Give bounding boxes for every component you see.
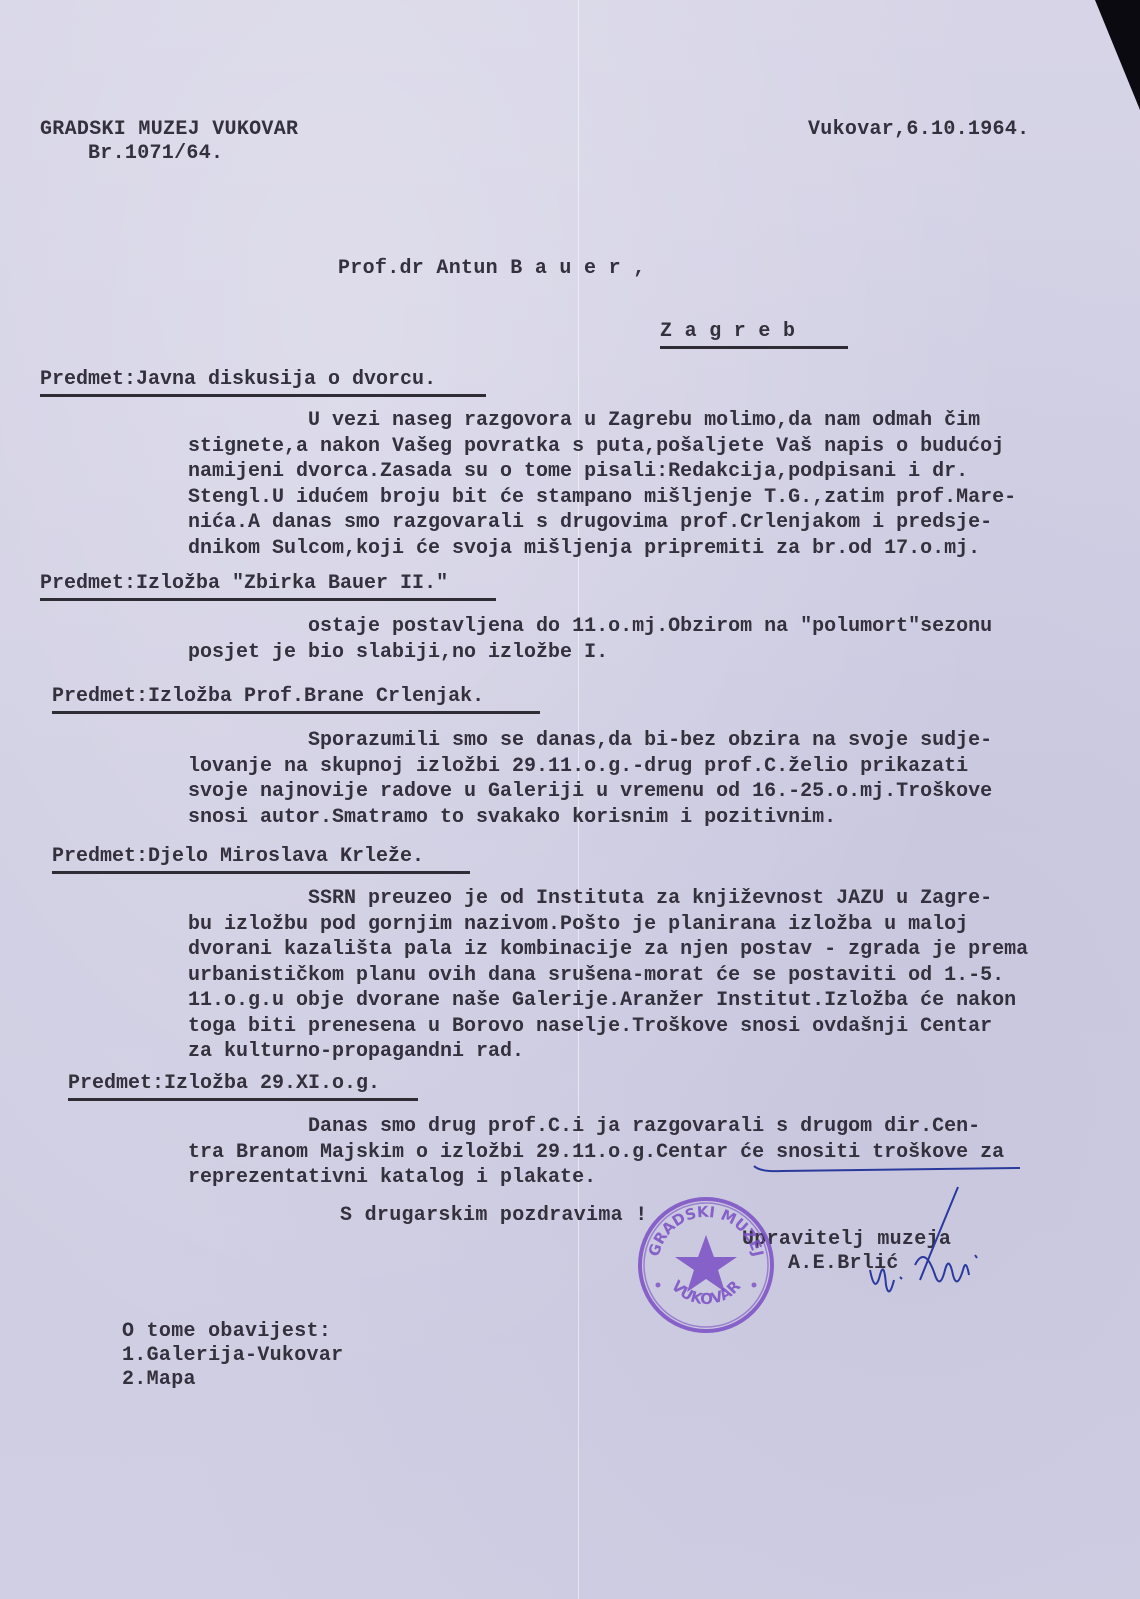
subject-heading: Predmet:Izložba Prof.Brane Crlenjak.	[52, 685, 540, 714]
recipient-city: Z a g r e b	[660, 320, 848, 349]
body-line: nića.A danas smo razgovarali s drugovima…	[188, 510, 1016, 536]
subject-heading: Predmet:Djelo Miroslava Krleže.	[52, 845, 470, 874]
place-and-date: Vukovar,6.10.1964.	[808, 118, 1029, 142]
svg-text:VUKOVAR: VUKOVAR	[668, 1277, 745, 1309]
body-line: svoje najnovije radove u Galeriji u vrem…	[188, 779, 992, 805]
section-body: Sporazumili smo se danas,da bi-bez obzir…	[188, 728, 992, 830]
body-line: snosi autor.Smatramo to svakako korisnim…	[188, 805, 992, 831]
subject-heading: Predmet:Javna diskusija o dvorcu.	[40, 368, 486, 397]
body-line: ostaje postavljena do 11.o.mj.Obzirom na…	[188, 614, 992, 640]
subject-heading: Predmet:Izložba "Zbirka Bauer II."	[40, 572, 496, 601]
handwritten-signature	[860, 1185, 1000, 1315]
body-line: U vezi naseg razgovora u Zagrebu molimo,…	[188, 408, 1016, 434]
body-line: stignete,a nakon Vašeg povratka s puta,p…	[188, 434, 1016, 460]
body-line: toga biti prenesena u Borovo naselje.Tro…	[188, 1014, 1028, 1040]
body-line: za kulturno-propagandni rad.	[188, 1039, 1028, 1065]
body-line: posjet je bio slabiji,no izložbe I.	[188, 640, 992, 666]
body-line: Stengl.U idućem broju bit će stampano mi…	[188, 485, 1016, 511]
recipient-name: Prof.dr Antun B a u e r ,	[338, 257, 646, 281]
body-line: dvorani kazališta pala iz kombinacije za…	[188, 937, 1028, 963]
reference-number: Br.1071/64.	[88, 142, 223, 166]
pen-underline-mark	[752, 1160, 1022, 1176]
body-line: Danas smo drug prof.C.i ja razgovarali s…	[188, 1114, 1004, 1140]
body-line: SSRN preuzeo je od Instituta za književn…	[188, 886, 1028, 912]
section-body: Danas smo drug prof.C.i ja razgovarali s…	[188, 1114, 1004, 1191]
notice-item: 1.Galerija-Vukovar	[122, 1344, 343, 1368]
body-line: namijeni dvorca.Zasada su o tome pisali:…	[188, 459, 1016, 485]
notice-heading: O tome obavijest:	[122, 1320, 331, 1344]
section-body: ostaje postavljena do 11.o.mj.Obzirom na…	[188, 614, 992, 665]
notice-item: 2.Mapa	[122, 1368, 196, 1392]
body-line: 11.o.g.u obje dvorane naše Galerije.Aran…	[188, 988, 1028, 1014]
closing-greeting: S drugarskim pozdravima !	[340, 1204, 648, 1228]
body-line: Sporazumili smo se danas,da bi-bez obzir…	[188, 728, 992, 754]
museum-stamp: GRADSKI MUZEJ VUKOVAR	[636, 1195, 776, 1335]
body-line: lovanje na skupnoj izložbi 29.11.o.g.-dr…	[188, 754, 992, 780]
section-body: SSRN preuzeo je od Instituta za književn…	[188, 886, 1028, 1065]
section-body: U vezi naseg razgovora u Zagrebu molimo,…	[188, 408, 1016, 561]
body-line: bu izložbu pod gornjim nazivom.Pošto je …	[188, 912, 1028, 938]
subject-heading: Predmet:Izložba 29.XI.o.g.	[68, 1072, 418, 1101]
stamp-text-bottom: VUKOVAR	[668, 1277, 745, 1309]
scan-corner-shadow	[1095, 0, 1140, 110]
institution-name: GRADSKI MUZEJ VUKOVAR	[40, 118, 298, 142]
body-line: dnikom Sulcom,koji će svoja mišljenja pr…	[188, 536, 1016, 562]
body-line: urbanističkom planu ovih dana srušena-mo…	[188, 963, 1028, 989]
